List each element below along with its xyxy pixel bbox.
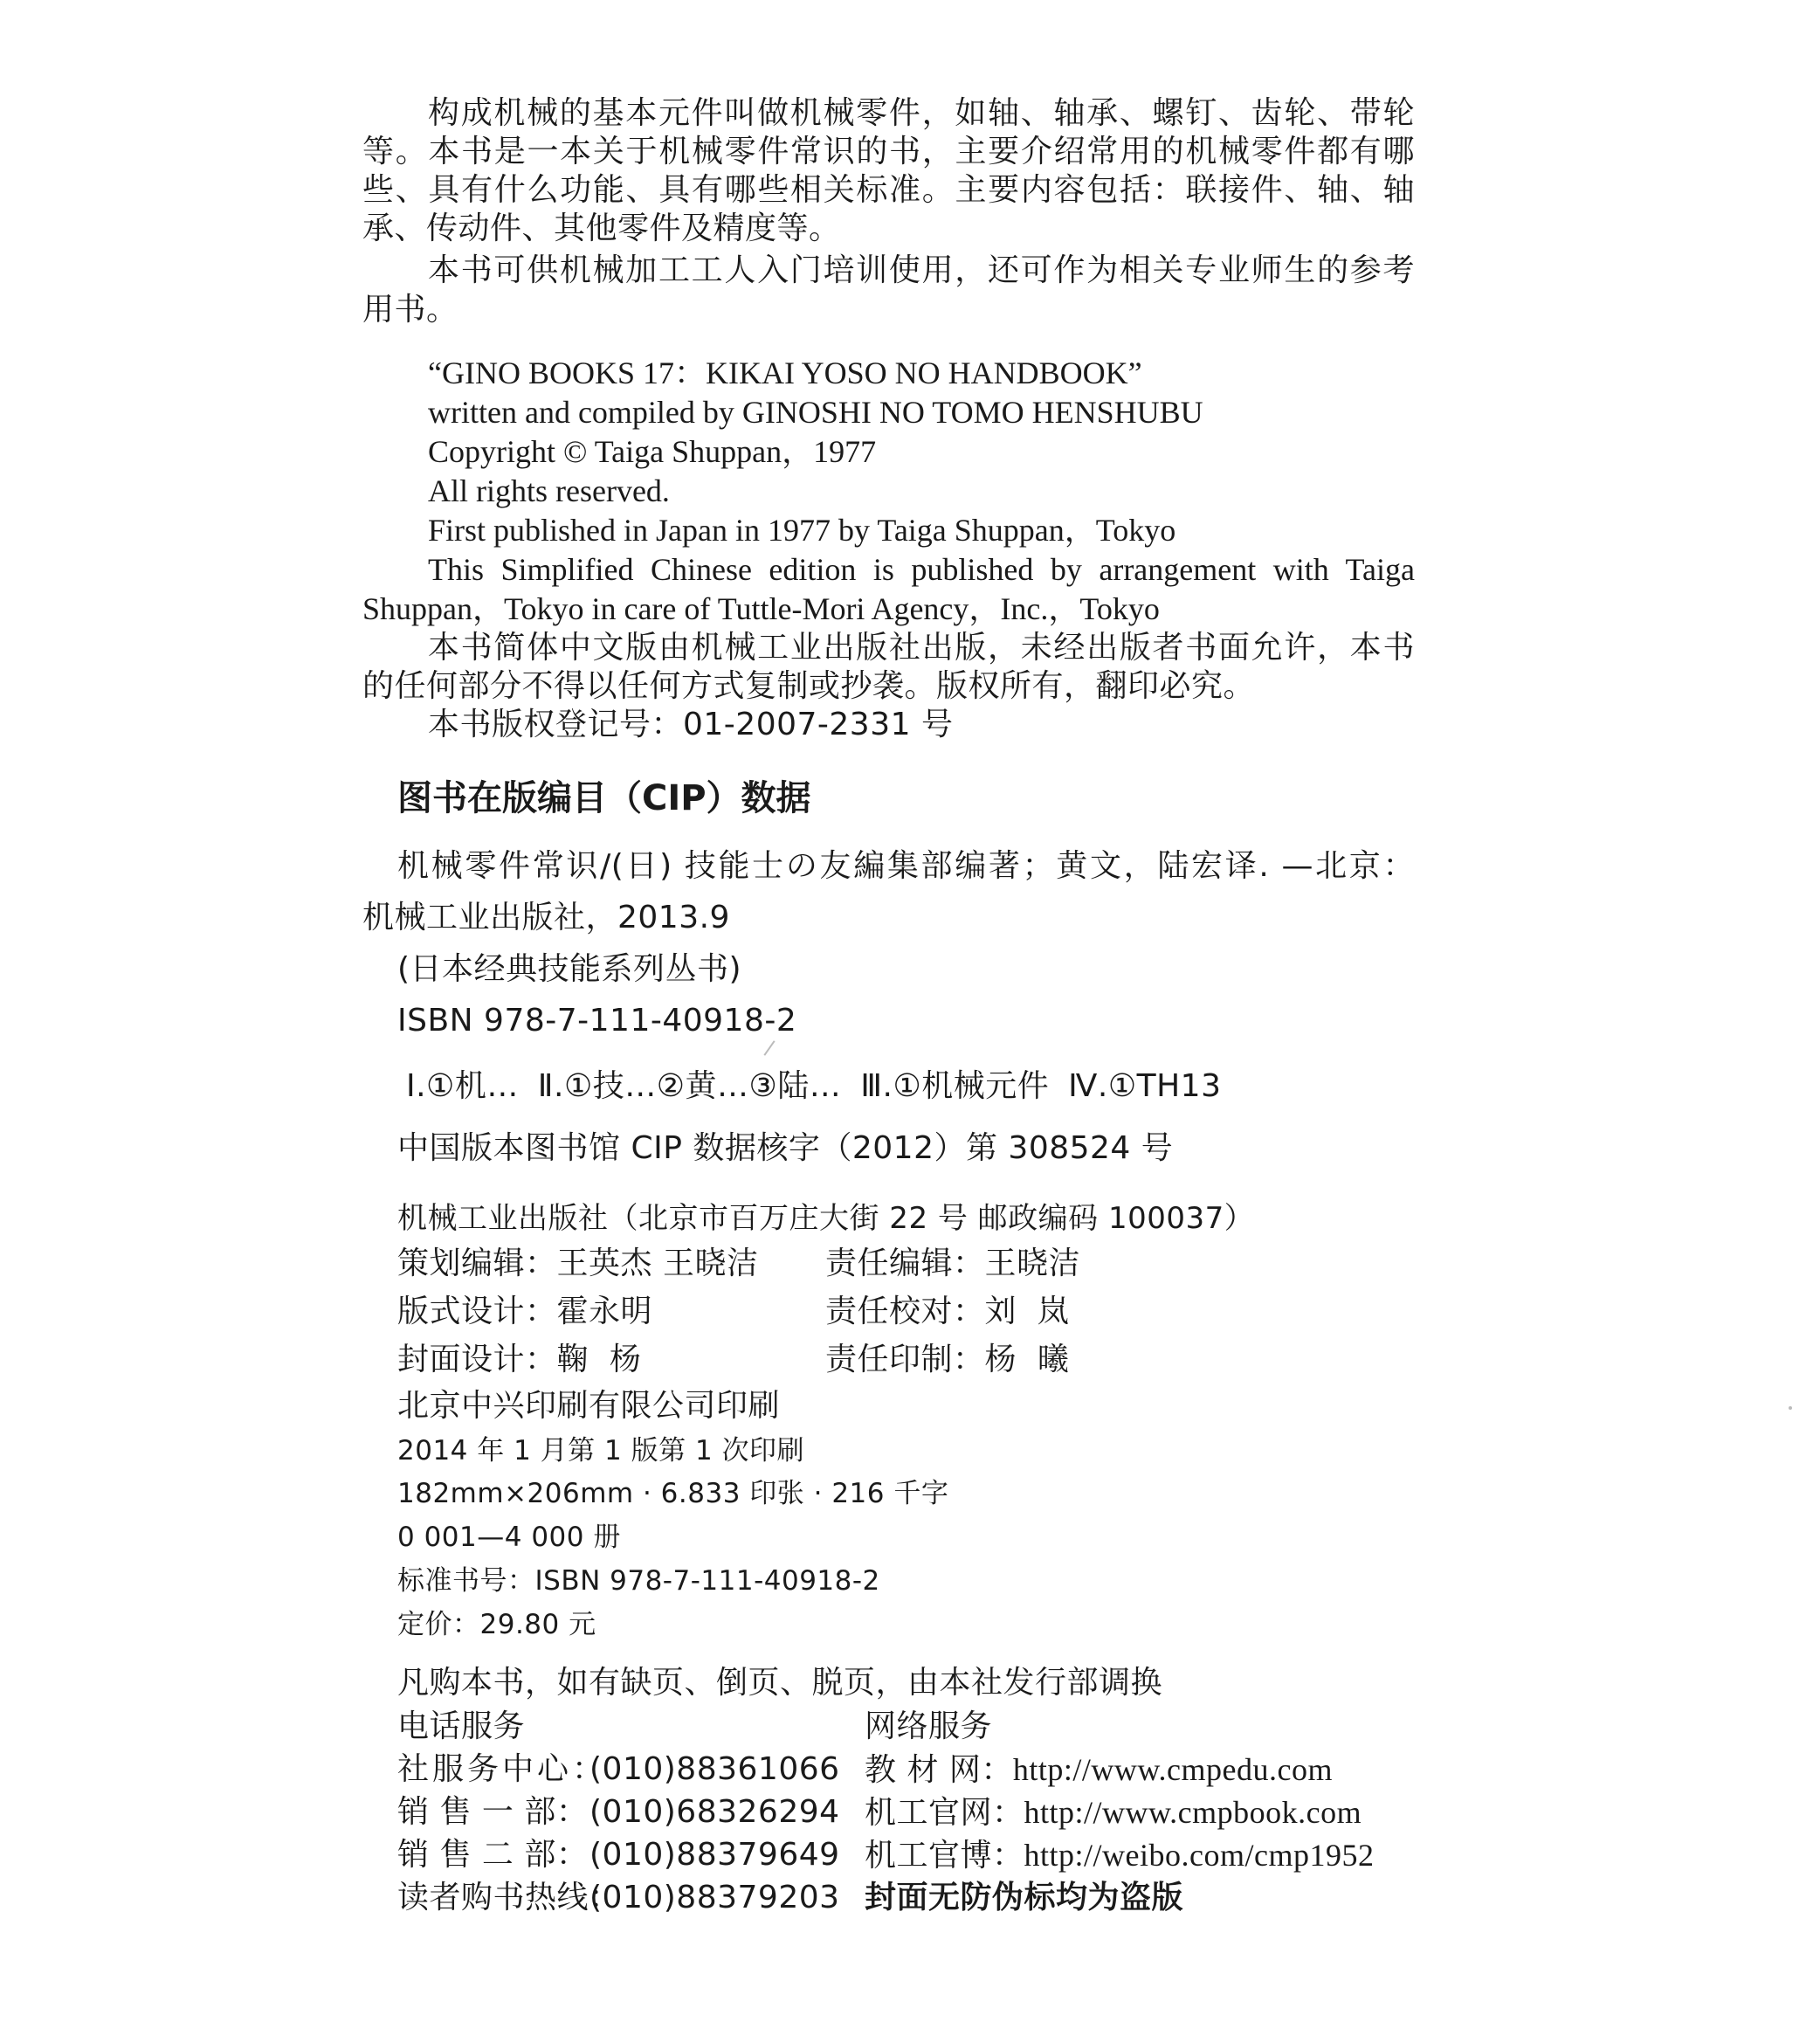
printer: 北京中兴印刷有限公司印刷 [397,1387,780,1425]
phone-label: 社服务中心： [397,1750,589,1789]
standard-book-number: 标准书号：ISBN 978-7-111-40918-2 [397,1563,880,1598]
cip-number: 中国版本图书馆 CIP 数据核字（2012）第 308524 号 [397,1129,1173,1168]
phone-label: 读者购书热线： [397,1879,589,1917]
cip-isbn: ISBN 978-7-111-40918-2 [397,1002,796,1040]
cip-heading: 图书在版编目（CIP）数据 [397,770,811,820]
service-row: 读者购书热线：(010)88379203 [397,1879,840,1917]
first-published: First published in Japan in 1977 by Taig… [428,511,1175,549]
phone-label: 销 售 一 部： [397,1793,589,1832]
web-url[interactable]: http://weibo.com/cmp1952 [1024,1838,1375,1873]
phone-number: (010)88379203 [589,1880,840,1915]
staff-right-label: 责任印制： [825,1342,985,1377]
book-format: 182mm×206mm · 6.833 印张 · 216 千字 [397,1476,948,1511]
web-label: 教 材 网： [865,1752,1013,1788]
service-row: 销 售 一 部：(010)68326294 [397,1793,840,1832]
cip-classification: Ⅰ.①机… Ⅱ.①技…②黄…③陆… Ⅲ.①机械元件 Ⅳ.①TH13 [406,1067,1222,1106]
intro-p1-line1: 构成机械的基本元件叫做机械零件，如轴、轴承、螺钉、齿轮、带轮 [428,94,1415,133]
web-label: 机工官网： [865,1795,1024,1831]
service-row: 社服务中心：(010)88361066 [397,1750,840,1789]
web-label: 机工官博： [865,1838,1024,1874]
staff-left-value: 霍永明 [557,1294,653,1329]
staff-right-value: 王晓洁 [985,1246,1081,1281]
staff-left-label: 版式设计： [397,1294,557,1329]
staff-row-right: 责任编辑：王晓洁 [825,1245,1080,1283]
staff-left-value: 王英杰 王晓洁 [557,1245,793,1283]
cip-entry-line2: 机械工业出版社，2013.9 [362,899,730,937]
scan-speck [763,1040,775,1056]
cip-entry-line1: 机械零件常识/(日) 技能士の友編集部编著；黄文，陆宏译. —北京： [397,847,1415,886]
service-row-web: 教 材 网：http://www.cmpedu.com [865,1750,1333,1790]
scan-speck [1789,1406,1792,1410]
intro-p2-line1: 本书可供机械加工工人入门培训使用，还可作为相关专业师生的参考 [428,252,1415,290]
registration-number: 本书版权登记号：01-2007-2331 号 [428,706,953,744]
staff-row-right: 责任印制：杨 曦 [825,1341,1069,1379]
web-url[interactable]: http://www.cmpedu.com [1013,1752,1333,1787]
anti-piracy-notice: 封面无防伪标均为盗版 [865,1879,1183,1917]
zh-notice-line2: 的任何部分不得以任何方式复制或抄袭。版权所有，翻印必究。 [362,667,1255,706]
zh-notice-line1: 本书简体中文版由机械工业出版社出版，未经出版者书面允许，本书 [428,629,1415,667]
edition-line2: Shuppan，Tokyo in care of Tuttle-Mori Age… [362,590,1160,628]
written-by: written and compiled by GINOSHI NO TOMO … [428,393,1203,431]
staff-right-label: 责任编辑： [825,1246,985,1281]
print-info: 2014 年 1 月第 1 版第 1 次印刷 [397,1433,804,1468]
staff-right-value: 杨 曦 [985,1342,1070,1377]
defect-notice: 凡购本书，如有缺页、倒页、脱页，由本社发行部调换 [397,1664,1162,1702]
phone-service-heading: 电话服务 [397,1708,525,1746]
staff-left-label: 封面设计： [397,1342,557,1377]
service-row-web: 机工官网：http://www.cmpbook.com [865,1793,1362,1832]
intro-p1-line4: 承、传动件、其他零件及精度等。 [362,210,841,248]
staff-right-label: 责任校对： [825,1294,985,1329]
rights-reserved: All rights reserved. [428,472,670,510]
web-url[interactable]: http://www.cmpbook.com [1024,1795,1362,1830]
staff-left-label: 策划编辑： [397,1246,557,1281]
publisher-address: 机械工业出版社（北京市百万庄大街 22 号 邮政编码 100037） [397,1199,1254,1238]
intro-p1-line2: 等。本书是一本关于机械零件常识的书，主要介绍常用的机械零件都有哪 [362,133,1415,171]
edition-line1: This Simplified Chinese edition is publi… [428,550,1415,589]
staff-left-value: 鞠 杨 [557,1342,642,1377]
staff-row-right: 责任校对：刘 岚 [825,1293,1069,1331]
phone-number: (010)88361066 [589,1751,840,1787]
intro-p1-line3: 些、具有什么功能、具有哪些相关标准。主要内容包括：联接件、轴、轴 [362,171,1415,210]
staff-right-value: 刘 岚 [985,1294,1070,1329]
copyright-page: 构成机械的基本元件叫做机械零件，如轴、轴承、螺钉、齿轮、带轮 等。本书是一本关于… [0,0,1820,2029]
service-row: 销 售 二 部：(010)88379649 [397,1836,840,1874]
staff-row: 策划编辑：王英杰 王晓洁 [397,1245,793,1283]
staff-row: 封面设计：鞠 杨 [397,1341,641,1379]
print-run: 0 001—4 000 册 [397,1520,621,1555]
staff-row: 版式设计：霍永明 [397,1293,652,1331]
web-service-heading: 网络服务 [865,1708,992,1746]
phone-number: (010)88379649 [589,1837,840,1873]
intro-p2-line2: 用书。 [362,291,458,329]
copyright-line: Copyright © Taiga Shuppan，1977 [428,432,876,471]
cip-series: (日本经典技能系列丛书) [397,950,741,989]
original-title: “GINO BOOKS 17：KIKAI YOSO NO HANDBOOK” [428,354,1142,392]
service-row-web: 机工官博：http://weibo.com/cmp1952 [865,1836,1374,1875]
phone-label: 销 售 二 部： [397,1836,589,1874]
price: 定价：29.80 元 [397,1607,596,1642]
phone-number: (010)68326294 [589,1794,840,1830]
